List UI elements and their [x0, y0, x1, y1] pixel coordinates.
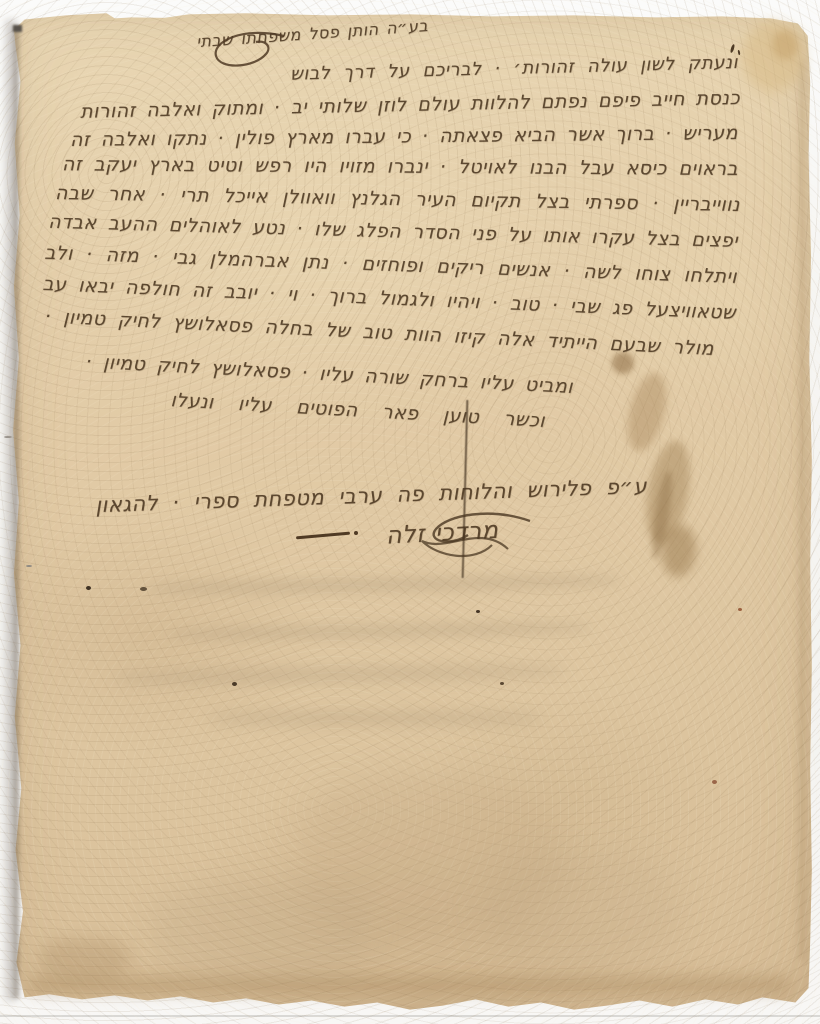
pen-flourish	[206, 26, 292, 76]
signature-dot	[354, 531, 358, 535]
paper-drop-shadow	[6, 20, 16, 1000]
scanned-page: בע״ה הותן פסל משפחתו שבתי ונעתק לשון עול…	[0, 0, 820, 1024]
signature-flourish	[388, 505, 538, 567]
scanner-bed-line	[0, 1015, 820, 1017]
manuscript-line: בראוים כיסא עבל הבנו לאויטל · ינברו מזוי…	[62, 153, 738, 180]
